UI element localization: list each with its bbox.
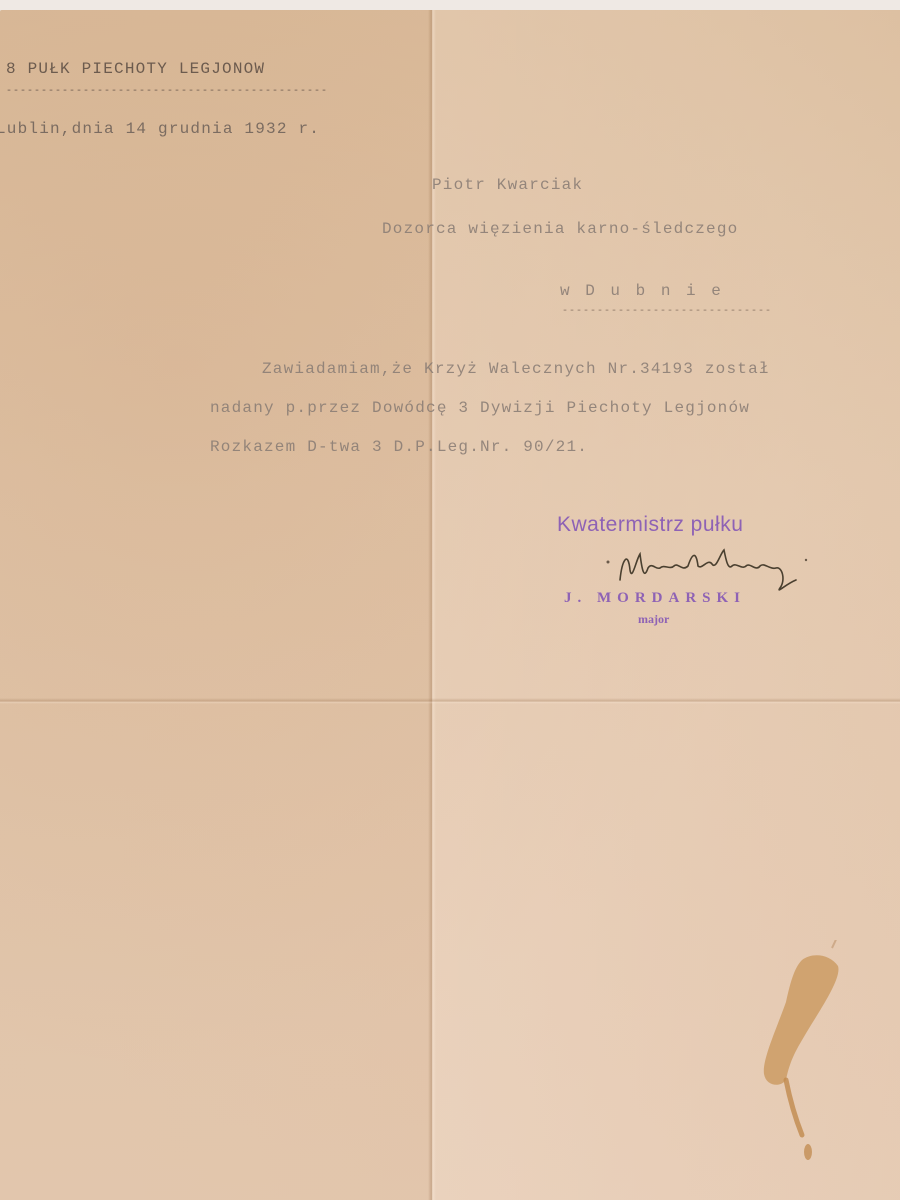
recipient-location-underline: -------------------------------------: [562, 306, 772, 317]
horizontal-fold-line: [0, 698, 900, 704]
paper-left-panel: [0, 10, 432, 1200]
stamp-name: J. MORDARSKI: [564, 590, 746, 607]
letterhead-underline: ----------------------------------------…: [6, 86, 326, 97]
stamp-title: Kwatermistrz pułku: [557, 513, 743, 537]
body-line-2: nadany p.przez Dowódcę 3 Dywizji Piechot…: [210, 399, 750, 417]
place-date: Lublin,dnia 14 grudnia 1932 r.: [0, 120, 320, 138]
recipient-name: Piotr Kwarciak: [432, 176, 583, 194]
stamp-rank: major: [638, 612, 669, 627]
recipient-location: w D u b n i e: [560, 282, 724, 300]
body-line-1: Zawiadamiam,że Krzyż Walecznych Nr.34193…: [262, 360, 770, 378]
stain-mark-icon: [750, 940, 860, 1170]
letterhead: 8 PUŁK PIECHOTY LEGJONOW: [6, 60, 265, 78]
body-line-3: Rozkazem D-twa 3 D.P.Leg.Nr. 90/21.: [210, 438, 588, 456]
recipient-title: Dozorca więzienia karno-śledczego: [382, 220, 738, 238]
